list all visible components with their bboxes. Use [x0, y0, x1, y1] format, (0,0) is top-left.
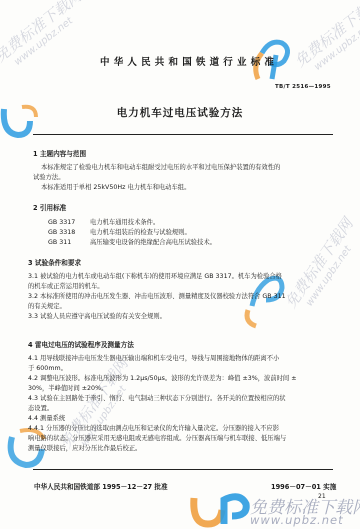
paragraph-line: 于 600mm。: [28, 364, 297, 374]
watermark-mid-right: 免费标准下载网 www.upbz.net: [280, 214, 360, 318]
page-number: 21: [318, 493, 326, 500]
section-heading: 4 雷电过电压的试验程序及测量方法: [28, 340, 297, 350]
paragraph-line: 测量仪联接后，应对分压比作最后校正。: [28, 444, 297, 454]
watermark-top-right: 免费标准下载网 www.upbz.net: [290, 0, 360, 80]
section-4: 4 雷电过电压的试验程序及测量方法 4.1 用导线联接冲击电压发生器电压输出端和…: [28, 340, 297, 454]
watermark-top-left: 免费标准下载网 www.upbz.net: [0, 0, 92, 75]
section-heading: 1 主题内容与范围: [33, 149, 280, 159]
standard-organization: 中华人民共和国铁道行业标准: [100, 54, 278, 68]
reference-item: GB 311高压输变电设备的绝缘配合高电压试验技术。: [48, 238, 216, 248]
reference-item: GB 3318电力机车组装后的检查与试验规则。: [48, 228, 216, 238]
paragraph-line: 4.4.1 分压器的分压比的选取由测点电压和记录仪的允许输入量决定。分压器的接入…: [28, 424, 297, 434]
paragraph-line: 3.1 被试验的电力机车或电动车组(下称机车)的使用环境应满足 GB 3317。…: [28, 272, 286, 282]
section-heading: 2 引用标准: [33, 203, 216, 213]
implementation-date: 1996－07－01 实施: [271, 481, 336, 491]
section-heading: 3 试验条件和要求: [28, 258, 286, 268]
reference-code: GB 311: [48, 238, 90, 248]
paragraph-line: 的有关规定。: [28, 302, 286, 312]
brand-url: www.upbz.net: [250, 513, 344, 527]
paragraph-line: 试验方法。: [33, 173, 280, 183]
paragraph-line: 4.1 用导线联接冲击电压发生器电压输出端和机车受电弓，导线与周围接地物体的距离…: [28, 354, 297, 364]
footer-divider: [33, 469, 333, 470]
paragraph-line: 响电路的状态。分压器应采用无感电阻或无感电容组成。分压器高压端与机车联接、低压端…: [28, 434, 297, 444]
approval-date: 中华人民共和国铁道部 1995－12－27 批准: [34, 481, 168, 491]
section-2: 2 引用标准 GB 3317电力机车通用技术条件。 GB 3318电力机车组装后…: [33, 203, 216, 248]
up-brand-logo-icon: [188, 490, 252, 528]
reference-code: GB 3318: [48, 228, 90, 238]
paragraph-line: 3.3 试验人员应遵守高电压试验的有关安全规则。: [28, 312, 286, 322]
section-3: 3 试验条件和要求 3.1 被试验的电力机车或电动车组(下称机车)的使用环境应满…: [28, 258, 286, 322]
reference-title: 电力机车通用技术条件。: [90, 219, 159, 226]
paragraph-line: 4.4 测量系统: [28, 414, 297, 424]
paragraph-line: 态设置。: [28, 404, 297, 414]
reference-code: GB 3317: [48, 218, 90, 228]
paragraph-line: 30%，半峰值时间 ±20%。: [28, 384, 297, 394]
paragraph-line: 4.3 试验在主回路处于牵引、惰行、电气制动三种状态下分别进行。各开关的位置按相…: [28, 394, 297, 404]
paragraph-line: 4.2 调整电压波形。标准电压波形为 1.2μs/50μs。波形的允许误差为：峰…: [28, 374, 297, 384]
standard-code: TB/T 2516—1995: [275, 84, 331, 90]
paragraph-line: 的机车或正常运用的机车。: [28, 282, 286, 292]
reference-title: 电力机车组装后的检查与试验规则。: [90, 229, 191, 236]
document-title: 电力机车过电压试验方法: [0, 105, 360, 120]
paragraph-line: 本标准规定了检验电力机车和电动车组耐受过电压的水平和过电压保护装置的有效性的: [33, 163, 280, 173]
header-divider: [33, 134, 333, 135]
reference-title: 高压输变电设备的绝缘配合高电压试验技术。: [90, 239, 216, 246]
section-1: 1 主题内容与范围 本标准规定了检验电力机车和电动车组耐受过电压的水平和过电压保…: [33, 149, 280, 193]
paragraph-line: 3.2 本标准所使用的冲击电压发生器、冲击电压波形、测量精度及仪器校验方法符合 …: [28, 292, 286, 302]
reference-item: GB 3317电力机车通用技术条件。: [48, 218, 216, 228]
paragraph-line: 本标准适用于单相 25kV50Hz 电力机车和电动车组。: [33, 183, 280, 193]
